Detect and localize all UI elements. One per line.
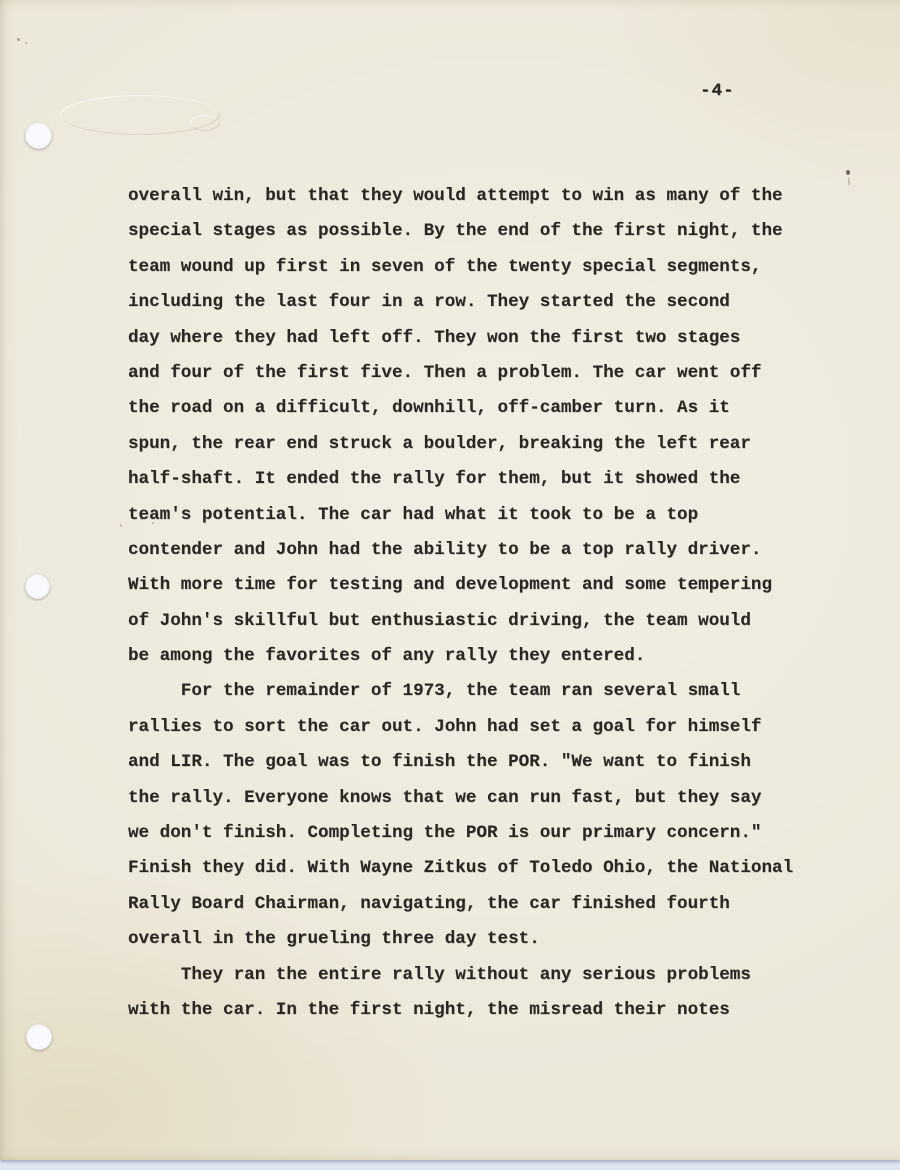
paper-speck xyxy=(25,42,27,44)
text-line: Rally Board Chairman, navigating, the ca… xyxy=(128,887,818,922)
paper-crease xyxy=(190,115,220,131)
text-line: Finish they did. With Wayne Zitkus of To… xyxy=(128,851,818,886)
text-line: spun, the rear end struck a boulder, bre… xyxy=(128,427,818,462)
paper-speck xyxy=(120,524,122,527)
paper-speck xyxy=(17,38,20,41)
typewritten-page: -4- overall win, but that they would att… xyxy=(0,0,900,1160)
text-line: team's potential. The car had what it to… xyxy=(128,498,818,533)
text-line: overall in the grueling three day test. xyxy=(128,922,818,957)
text-line: special stages as possible. By the end o… xyxy=(128,214,818,249)
text-line: day where they had left off. They won th… xyxy=(128,321,818,356)
text-line: with the car. In the first night, the mi… xyxy=(128,993,818,1028)
text-line: contender and John had the ability to be… xyxy=(128,533,818,568)
text-line: we don't finish. Completing the POR is o… xyxy=(128,816,818,851)
text-line: be among the favorites of any rally they… xyxy=(128,639,818,674)
text-line: rallies to sort the car out. John had se… xyxy=(128,710,818,745)
text-line: They ran the entire rally without any se… xyxy=(128,958,818,993)
pencil-mark xyxy=(848,177,850,186)
text-line: For the remainder of 1973, the team ran … xyxy=(128,674,818,709)
typed-text-body: overall win, but that they would attempt… xyxy=(128,179,818,1028)
text-line: team wound up first in seven of the twen… xyxy=(128,250,818,285)
punch-hole-bottom xyxy=(26,1024,52,1050)
pencil-mark xyxy=(846,170,850,175)
text-line: With more time for testing and developme… xyxy=(128,568,818,603)
text-line: of John's skillful but enthusiastic driv… xyxy=(128,604,818,639)
punch-hole-top xyxy=(25,122,52,149)
text-line: and LIR. The goal was to finish the POR.… xyxy=(128,745,818,780)
punch-hole-middle xyxy=(25,574,50,599)
page-number: -4- xyxy=(700,81,735,101)
text-line: the rally. Everyone knows that we can ru… xyxy=(128,781,818,816)
text-line: half-shaft. It ended the rally for them,… xyxy=(128,462,818,497)
text-line: including the last four in a row. They s… xyxy=(128,285,818,320)
text-line: overall win, but that they would attempt… xyxy=(128,179,818,214)
text-line: and four of the first five. Then a probl… xyxy=(128,356,818,391)
text-line: the road on a difficult, downhill, off-c… xyxy=(128,391,818,426)
